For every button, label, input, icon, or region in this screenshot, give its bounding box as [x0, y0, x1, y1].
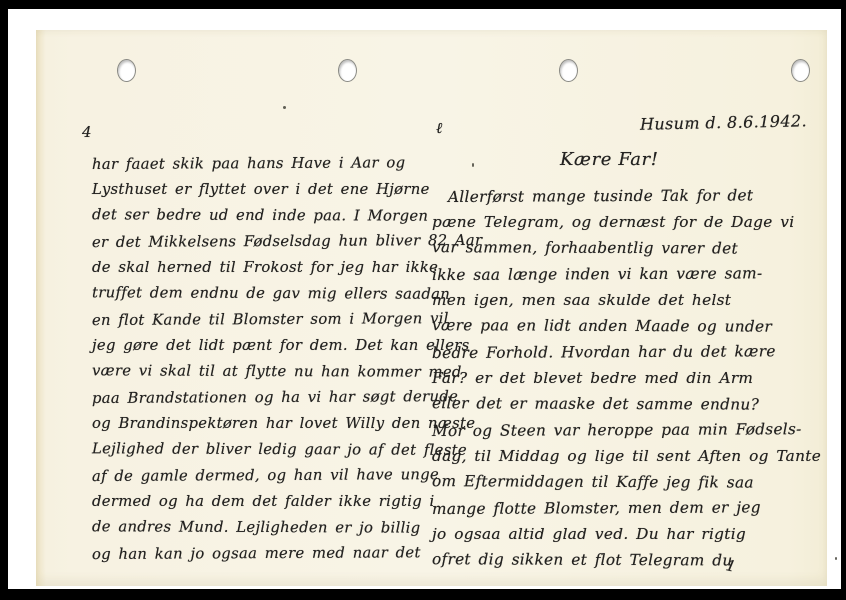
handwriting-line: om Eftermiddagen til Kaffe jeg fik saa	[432, 472, 828, 500]
handwriting-line: de skal herned til Frokost for jeg har i…	[92, 259, 452, 285]
handwriting-line: Mor og Steen var heroppe paa min Fødsels…	[432, 420, 828, 448]
handwriting-line: Lysthuset er flyttet over i det ene Hjør…	[92, 181, 452, 207]
handwriting-line: var sammen, forhaabentlig varer det	[432, 238, 828, 266]
handwriting-line: Lejlighed der bliver ledig gaar jo af de…	[92, 440, 452, 468]
letter-date: Husum d. 8.6.1942.	[640, 111, 807, 133]
handwriting-line: og han kan jo ogsaa mere med naar det	[92, 544, 452, 572]
handwriting-line: truffet dem endnu de gav mig ellers saad…	[92, 284, 452, 312]
left-page-body: har faaet skik paa hans Have i Aar ogLys…	[92, 155, 452, 571]
handwriting-line: jeg gøre det lidt pænt for dem. Det kan …	[92, 337, 452, 363]
handwriting-line: en flot Kande til Blomster som i Morgen …	[92, 310, 452, 338]
handwriting-line: ofret dig sikken et flot Telegram du	[432, 550, 828, 578]
handwriting-line: men igen, men saa skulde det helst	[432, 291, 828, 317]
punch-hole-icon	[338, 59, 357, 82]
handwriting-line: dag, til Middag og lige til sent Aften o…	[432, 447, 828, 473]
handwriting-line: mange flotte Blomster, men dem er jeg	[432, 498, 828, 526]
handwriting-line: være paa en lidt anden Maade og under	[432, 316, 828, 344]
right-page-body: Allerførst mange tusinde Tak for detpæne…	[432, 187, 828, 577]
scan-frame: 4 har faaet skik paa hans Have i Aar ogL…	[0, 0, 846, 600]
handwriting-line: paa Brandstationen og ha vi har søgt der…	[92, 388, 452, 416]
salutation: Kære Far!	[560, 149, 659, 170]
handwriting-line: dermed og ha dem det falder ikke rigtig …	[92, 493, 452, 519]
handwriting-line: Far? er det blevet bedre med din Arm	[432, 369, 828, 395]
handwriting-line: ikke saa længe inden vi kan være sam-	[432, 264, 828, 292]
page-number: 4	[82, 123, 92, 141]
handwriting-line: er det Mikkelsens Fødselsdag hun bliver …	[92, 232, 452, 260]
handwriting-line: har faaet skik paa hans Have i Aar og	[92, 154, 452, 182]
handwriting-line: være vi skal til at flytte nu han kommer…	[92, 362, 452, 390]
handwriting-line: Allerførst mange tusinde Tak for det	[432, 186, 828, 214]
handwriting-line: og Brandinspektøren har lovet Willy den …	[92, 415, 452, 441]
ink-speck	[835, 557, 837, 560]
corner-mark: ℓ	[436, 119, 442, 138]
handwriting-line: det ser bedre ud end inde paa. I Morgen	[92, 206, 452, 234]
handwriting-line: pæne Telegram, og dernæst for de Dage vi	[432, 213, 828, 239]
punch-hole-icon	[791, 59, 810, 82]
handwriting-line: jo ogsaa altid glad ved. Du har rigtig	[432, 525, 828, 551]
ink-speck	[283, 106, 286, 109]
handwriting-line: eller det er maaske det samme endnu?	[432, 394, 828, 422]
punch-hole-icon	[117, 59, 136, 82]
handwriting-line: af de gamle dermed, og han vil have unge	[92, 466, 452, 494]
handwriting-line: de andres Mund. Lejligheden er jo billig	[92, 518, 452, 546]
ink-speck	[472, 163, 474, 167]
handwriting-line: bedre Forhold. Hvordan har du det kære	[432, 342, 828, 370]
punch-hole-icon	[559, 59, 578, 82]
